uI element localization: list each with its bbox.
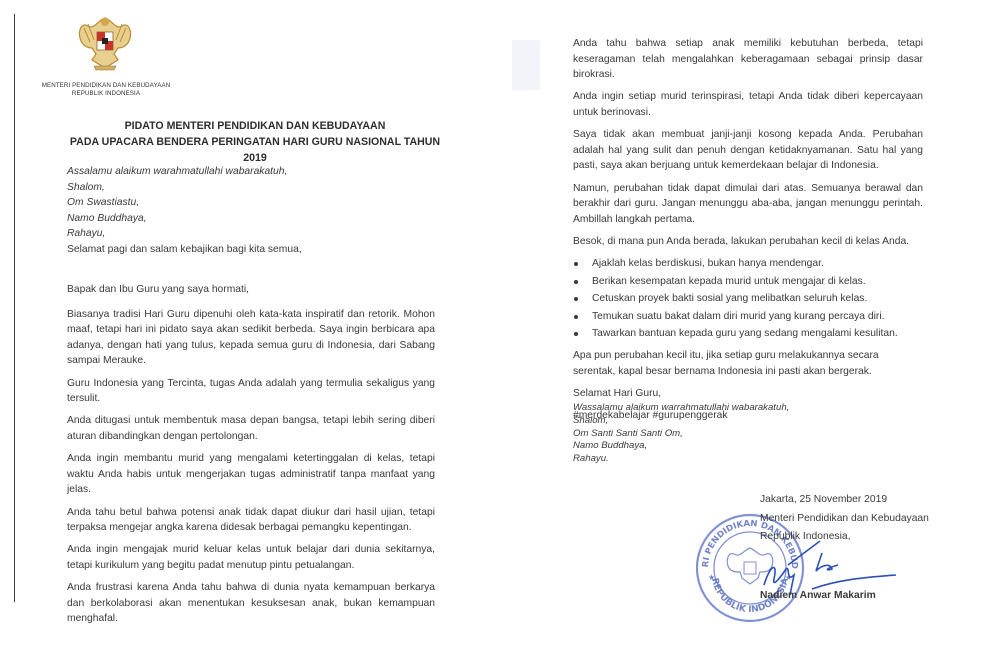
closing-line: Wassalamu alaikum warrahmatullahi wabara… (573, 402, 873, 415)
bullet-icon (574, 332, 578, 336)
bullet-icon (574, 315, 578, 319)
paragraph: Namun, perubahan tidak dapat dimulai dar… (573, 181, 923, 228)
paragraph: Anda ditugasi untuk membentuk masa depan… (67, 413, 435, 444)
paragraph: Saya tidak akan membuat janji-janji koso… (573, 127, 923, 174)
garuda-emblem-icon (74, 8, 136, 76)
page-edge-line (14, 14, 15, 602)
closing-line: Shalom, (573, 415, 873, 428)
paragraph: Anda tahu betul bahwa potensi anak tidak… (67, 505, 435, 536)
paragraph: Anda ingin membantu murid yang mengalami… (67, 451, 435, 498)
action-list: Ajaklah kelas berdiskusi, bukan hanya me… (573, 256, 923, 342)
body-left: Bapak dan Ibu Guru yang saya hormati, Bi… (67, 282, 435, 633)
paragraph: Guru Indonesia yang Tercinta, tugas Anda… (67, 376, 435, 407)
list-item: Cetuskan proyek bakti sosial yang meliba… (573, 291, 923, 307)
paragraph: Anda ingin mengajak murid keluar kelas u… (67, 542, 435, 573)
bullet-icon (574, 262, 578, 266)
letterhead-line2: REPUBLIK INDONESIA (36, 90, 176, 98)
letterhead: MENTERI PENDIDIKAN DAN KEBUDAYAAN REPUBL… (36, 82, 176, 97)
list-item-text: Temukan suatu bakat dalam diri murid yan… (592, 311, 884, 322)
signer-position: Menteri Pendidikan dan Kebudayaan (760, 510, 980, 529)
place-date: Jakarta, 25 November 2019 (760, 491, 980, 510)
greeting-line: Assalamu alaikum warahmatullahi wabaraka… (67, 164, 447, 180)
closing-wish: Selamat Hari Guru, (573, 386, 923, 402)
speech-title: PIDATO MENTERI PENDIDIKAN DAN KEBUDAYAAN… (68, 118, 442, 166)
greeting-line: Namo Buddhaya, (67, 211, 447, 227)
signer-name: Nadiem Anwar Makarim (760, 590, 876, 601)
list-item-text: Ajaklah kelas berdiskusi, bukan hanya me… (592, 258, 824, 269)
list-item: Ajaklah kelas berdiskusi, bukan hanya me… (573, 256, 923, 272)
list-item-text: Berikan kesempatan kepada murid untuk me… (592, 276, 866, 287)
paragraph: Anda ingin setiap murid terinspirasi, te… (573, 89, 923, 120)
page-left: MENTERI PENDIDIKAN DAN KEBUDAYAAN REPUBL… (0, 0, 492, 666)
greeting-line: Om Swastiastu, (67, 195, 447, 211)
greeting-salutation: Selamat pagi dan salam kebajikan bagi ki… (67, 242, 447, 258)
paragraph: Besok, di mana pun Anda berada, lakukan … (573, 234, 923, 250)
closing-greeting: Wassalamu alaikum warrahmatullahi wabara… (573, 402, 873, 466)
title-line2: PADA UPACARA BENDERA PERINGATAN HARI GUR… (68, 134, 442, 166)
greeting-line: Shalom, (67, 180, 447, 196)
paragraph: Anda tahu bahwa setiap anak memiliki keb… (573, 36, 923, 83)
paragraph: Apa pun perubahan kecil itu, jika setiap… (573, 348, 923, 379)
title-line1: PIDATO MENTERI PENDIDIKAN DAN KEBUDAYAAN (68, 118, 442, 134)
list-item-text: Cetuskan proyek bakti sosial yang meliba… (592, 293, 867, 304)
bullet-icon (574, 280, 578, 284)
paragraph: Bapak dan Ibu Guru yang saya hormati, (67, 282, 435, 298)
letterhead-line1: MENTERI PENDIDIKAN DAN KEBUDAYAAN (36, 82, 176, 90)
list-item: Tawarkan bantuan kepada guru yang sedang… (573, 326, 923, 342)
svg-text:★: ★ (708, 573, 715, 582)
bullet-icon (574, 297, 578, 301)
closing-line: Om Santi Santi Santi Om, (573, 428, 873, 441)
greeting-line: Rahayu, (67, 226, 447, 242)
opening-greeting: Assalamu alaikum warahmatullahi wabaraka… (67, 164, 447, 258)
list-item: Temukan suatu bakat dalam diri murid yan… (573, 309, 923, 325)
body-right: Anda tahu bahwa setiap anak memiliki keb… (573, 36, 923, 430)
paragraph: Biasanya tradisi Hari Guru dipenuhi oleh… (67, 307, 435, 369)
list-item-text: Tawarkan bantuan kepada guru yang sedang… (592, 328, 898, 339)
paragraph: Anda frustrasi karena Anda tahu bahwa di… (67, 580, 435, 627)
list-item: Berikan kesempatan kepada murid untuk me… (573, 274, 923, 290)
closing-line: Rahayu. (573, 453, 873, 466)
closing-line: Namo Buddhaya, (573, 440, 873, 453)
scan-artifact (512, 40, 540, 90)
